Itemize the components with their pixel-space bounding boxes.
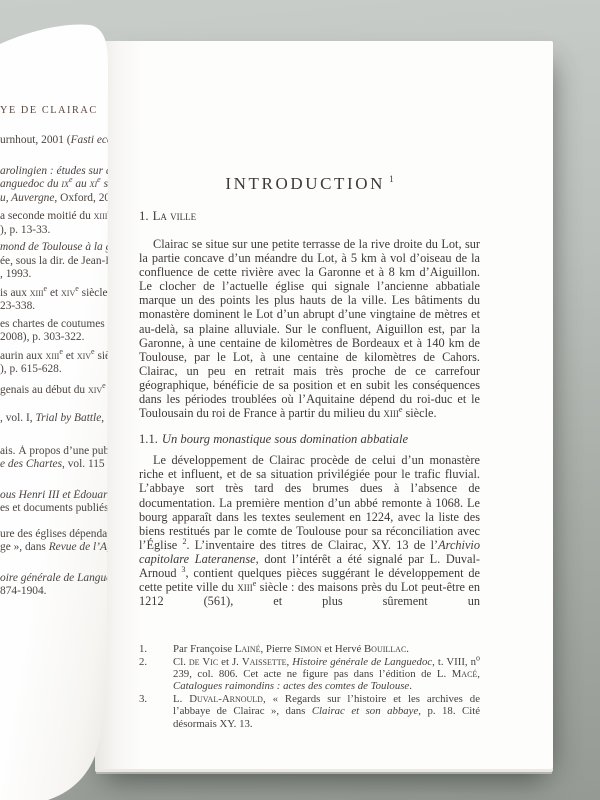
bibliography-entry: a seconde moitié du xiiie siè), p. 13-33…: [0, 210, 112, 237]
left-page: YE DE CLAIRAC urnhout, 2001 (Fasti eccle…: [0, 0, 120, 800]
bibliography-line: e des Chartes, vol. 115 (19: [0, 458, 112, 472]
bibliography-line: mond de Toulouse à la gue: [0, 241, 112, 255]
bibliography-line: , vol. I, Trial by Battle, Lond: [0, 412, 112, 426]
bibliography-entry: arolingien : études sur quelqanguedoc du…: [0, 165, 112, 206]
footnote-text: L. Duval-Arnould, « Regards sur l’histoi…: [173, 693, 480, 730]
bibliography-line: 874-1904.: [0, 585, 112, 599]
bibliography-line: anguedoc du ixe au xie siè: [0, 178, 112, 192]
bibliography-line: urnhout, 2001 (Fasti eccle: [0, 134, 112, 148]
footnotes: 1.Par Françoise Lainé, Pierre Simon et H…: [139, 643, 480, 730]
bibliography-line: es chartes de coutumes », d: [0, 318, 112, 332]
bibliography-line: ure des églises dépendantes: [0, 528, 112, 542]
bibliography-line: ge », dans Revue de l’Agen: [0, 541, 112, 555]
bibliography-entry: ous Henri III et Édouard Ieres et docume…: [0, 489, 112, 516]
section-1-1-label: Un bourg monastique sous domination abba…: [162, 432, 408, 446]
bibliography-line: oire générale de Langued: [0, 572, 112, 586]
section-1-number: 1.: [139, 209, 149, 223]
bibliography-line: 2008), p. 303-322.: [0, 331, 112, 345]
bibliography-line: genais au début du xive siè: [0, 384, 112, 398]
bibliography-entry: es chartes de coutumes », d2008), p. 303…: [0, 318, 112, 345]
section-heading-1: 1.La ville: [139, 209, 480, 224]
book-photo-background: INTRODUCTION1 1.La ville Clairac se situ…: [0, 0, 600, 800]
bibliography-line: ée, sous la dir. de Jean-Bern: [0, 255, 112, 269]
bibliography-entry: aurin aux xiiie et xive siècl), p. 615-6…: [0, 350, 112, 377]
footnote-number: 1.: [139, 643, 173, 655]
bibliography-line: ais. À propos d’une publicati: [0, 445, 112, 459]
page-title-text: INTRODUCTION: [225, 174, 385, 193]
bibliography-entry: mond de Toulouse à la gueée, sous la dir…: [0, 241, 112, 282]
bibliography-line: es et documents publiés par: [0, 502, 112, 516]
bibliography-entry: is aux xiiie et xive siècles », da23-338…: [0, 287, 112, 314]
running-header: YE DE CLAIRAC: [0, 105, 112, 116]
bibliography-line: ), p. 13-33.: [0, 224, 112, 238]
paragraph-2: Le développement de Clairac procède de c…: [139, 453, 480, 608]
bibliography-line: u, Auvergne, Oxford, 2004: [0, 192, 112, 206]
page-title: INTRODUCTION1: [139, 173, 480, 195]
footnote-number: 2.: [139, 656, 173, 668]
section-1-label: La ville: [153, 209, 197, 223]
right-page-text-block: INTRODUCTION1 1.La ville Clairac se situ…: [139, 41, 480, 730]
footnote-text: Par Françoise Lainé, Pierre Simon et Her…: [173, 643, 480, 655]
section-1-1-number: 1.1.: [139, 432, 158, 446]
bibliography-entry: genais au début du xive siè: [0, 384, 112, 398]
bibliography-line: a seconde moitié du xiiie siè: [0, 210, 112, 224]
bibliography-entry: , vol. I, Trial by Battle, Lond: [0, 412, 112, 426]
left-page-content: YE DE CLAIRAC urnhout, 2001 (Fasti eccle…: [0, 105, 112, 599]
bibliography-line: ous Henri III et Édouard Ier: [0, 489, 112, 503]
footnote-number: 3.: [139, 693, 173, 705]
footnote: 2.Cl. de Vic et J. Vaissette, Histoire g…: [139, 656, 480, 693]
title-footnote-ref: 1: [389, 174, 394, 184]
bibliography-line: ), p. 615-628.: [0, 363, 112, 377]
bibliography-line: 23-338.: [0, 300, 112, 314]
right-page: INTRODUCTION1 1.La ville Clairac se situ…: [95, 41, 553, 769]
bibliography-line: arolingien : études sur quelq: [0, 165, 112, 179]
footnote: 1.Par Françoise Lainé, Pierre Simon et H…: [139, 643, 480, 655]
left-page-bibliography: urnhout, 2001 (Fasti ecclearolingien : é…: [0, 134, 112, 599]
bibliography-entry: ure des églises dépendantesge », dans Re…: [0, 528, 112, 555]
bibliography-entry: urnhout, 2001 (Fasti eccle: [0, 134, 112, 148]
bibliography-entry: oire générale de Langued874-1904.: [0, 572, 112, 599]
bibliography-line: aurin aux xiiie et xive siècl: [0, 350, 112, 364]
bibliography-line: is aux xiiie et xive siècles », da: [0, 287, 112, 301]
bibliography-entry: ais. À propos d’une publicatie des Chart…: [0, 445, 112, 472]
bibliography-line: , 1993.: [0, 268, 112, 282]
footnote: 3.L. Duval-Arnould, « Regards sur l’hist…: [139, 693, 480, 730]
section-heading-1-1: 1.1.Un bourg monastique sous domination …: [139, 432, 480, 447]
paragraph-1: Clairac se situe sur une petite terrasse…: [139, 237, 480, 420]
footnote-text: Cl. de Vic et J. Vaissette, Histoire gén…: [173, 656, 480, 693]
